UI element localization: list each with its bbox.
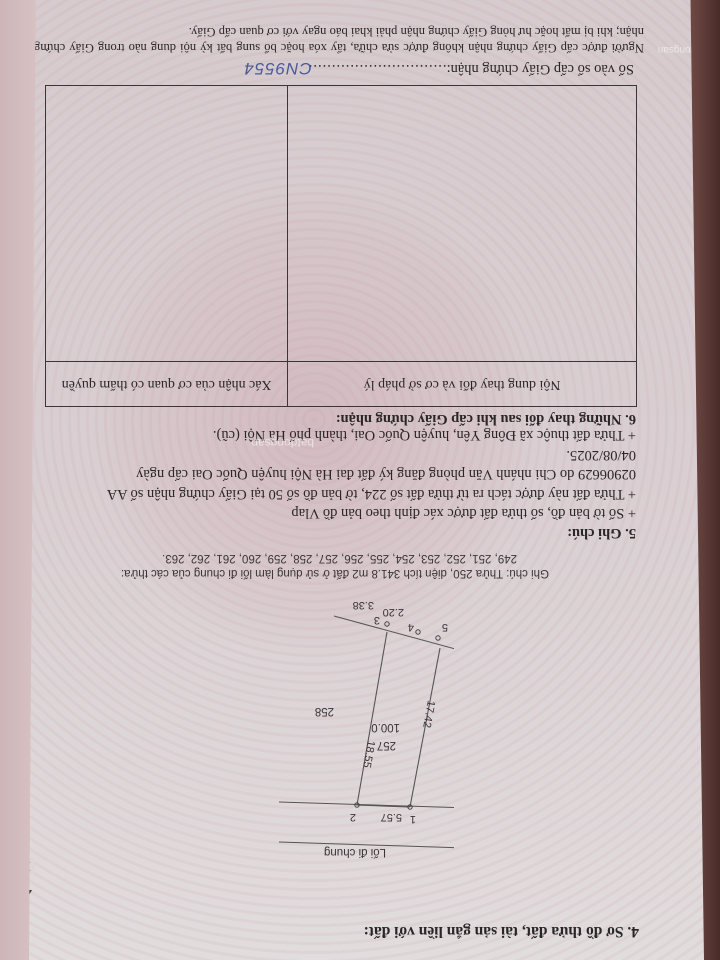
edge-1-2-length: 5.57 (381, 811, 402, 823)
point-2: 2 (350, 811, 356, 823)
watermark: batdongsan (251, 436, 314, 450)
parcel-note: Ghi chú: Thửa 250, diện tích 341.8 m2 đấ… (79, 550, 549, 580)
confirmation-cell (46, 86, 288, 362)
edge-3-4-length: 3.38 (353, 600, 374, 611)
point-4: 4 (408, 621, 414, 633)
plot-diagram: Lối đi chung 1 2 3 4 5 5.57 18.55 17.42 … (194, 600, 454, 860)
changes-table: Nội dung thay đổi và cơ sở pháp lý Xác n… (45, 85, 637, 407)
parcel-number: 257 (377, 739, 396, 751)
point-5: 5 (442, 621, 448, 633)
section-4-heading: 4. Sơ đồ thửa đất, tài sản gắn liền với … (364, 922, 639, 940)
neighbor-parcel-right: 258 (315, 705, 334, 717)
edge-4-5-length: 2.20 (383, 606, 404, 618)
registry-label: Số vào sổ cấp Giấy chứng nhận: (447, 61, 634, 77)
footer-warning: Người được cấp Giấy chứng nhận không đượ… (34, 24, 644, 55)
section-5-title: 5. Ghi chú: (36, 523, 636, 543)
edge-2-3-length: 18.55 (360, 739, 377, 768)
changes-content-cell (288, 86, 637, 362)
column-header-confirmation: Xác nhận của cơ quan có thẩm quyền (46, 362, 288, 407)
section-6-title: 6. Những thay đổi sau khi cấp Giấy chứng… (336, 410, 636, 427)
point-3: 3 (374, 614, 380, 626)
section-5-notes: 5. Ghi chú: + Số tờ bản đồ, số thửa đất … (36, 425, 636, 542)
edge-1-5-length: 17.42 (420, 699, 437, 728)
registry-line: Số vào sổ cấp Giấy chứng nhận:..........… (243, 60, 634, 80)
parcel-area: 100.0 (371, 721, 400, 733)
rotated-document-photo: 4. Sơ đồ thửa đất, tài sản gắn liền với … (0, 0, 720, 960)
rear-boundary-line (334, 616, 454, 650)
registry-handwritten-number: CN9554 (243, 59, 311, 78)
point-1: 1 (410, 813, 416, 825)
certificate-page: 4. Sơ đồ thửa đất, tài sản gắn liền với … (29, 0, 704, 960)
road-label: Lối đi chung (324, 846, 386, 858)
column-header-content: Nội dung thay đổi và cơ sở pháp lý (288, 362, 637, 407)
